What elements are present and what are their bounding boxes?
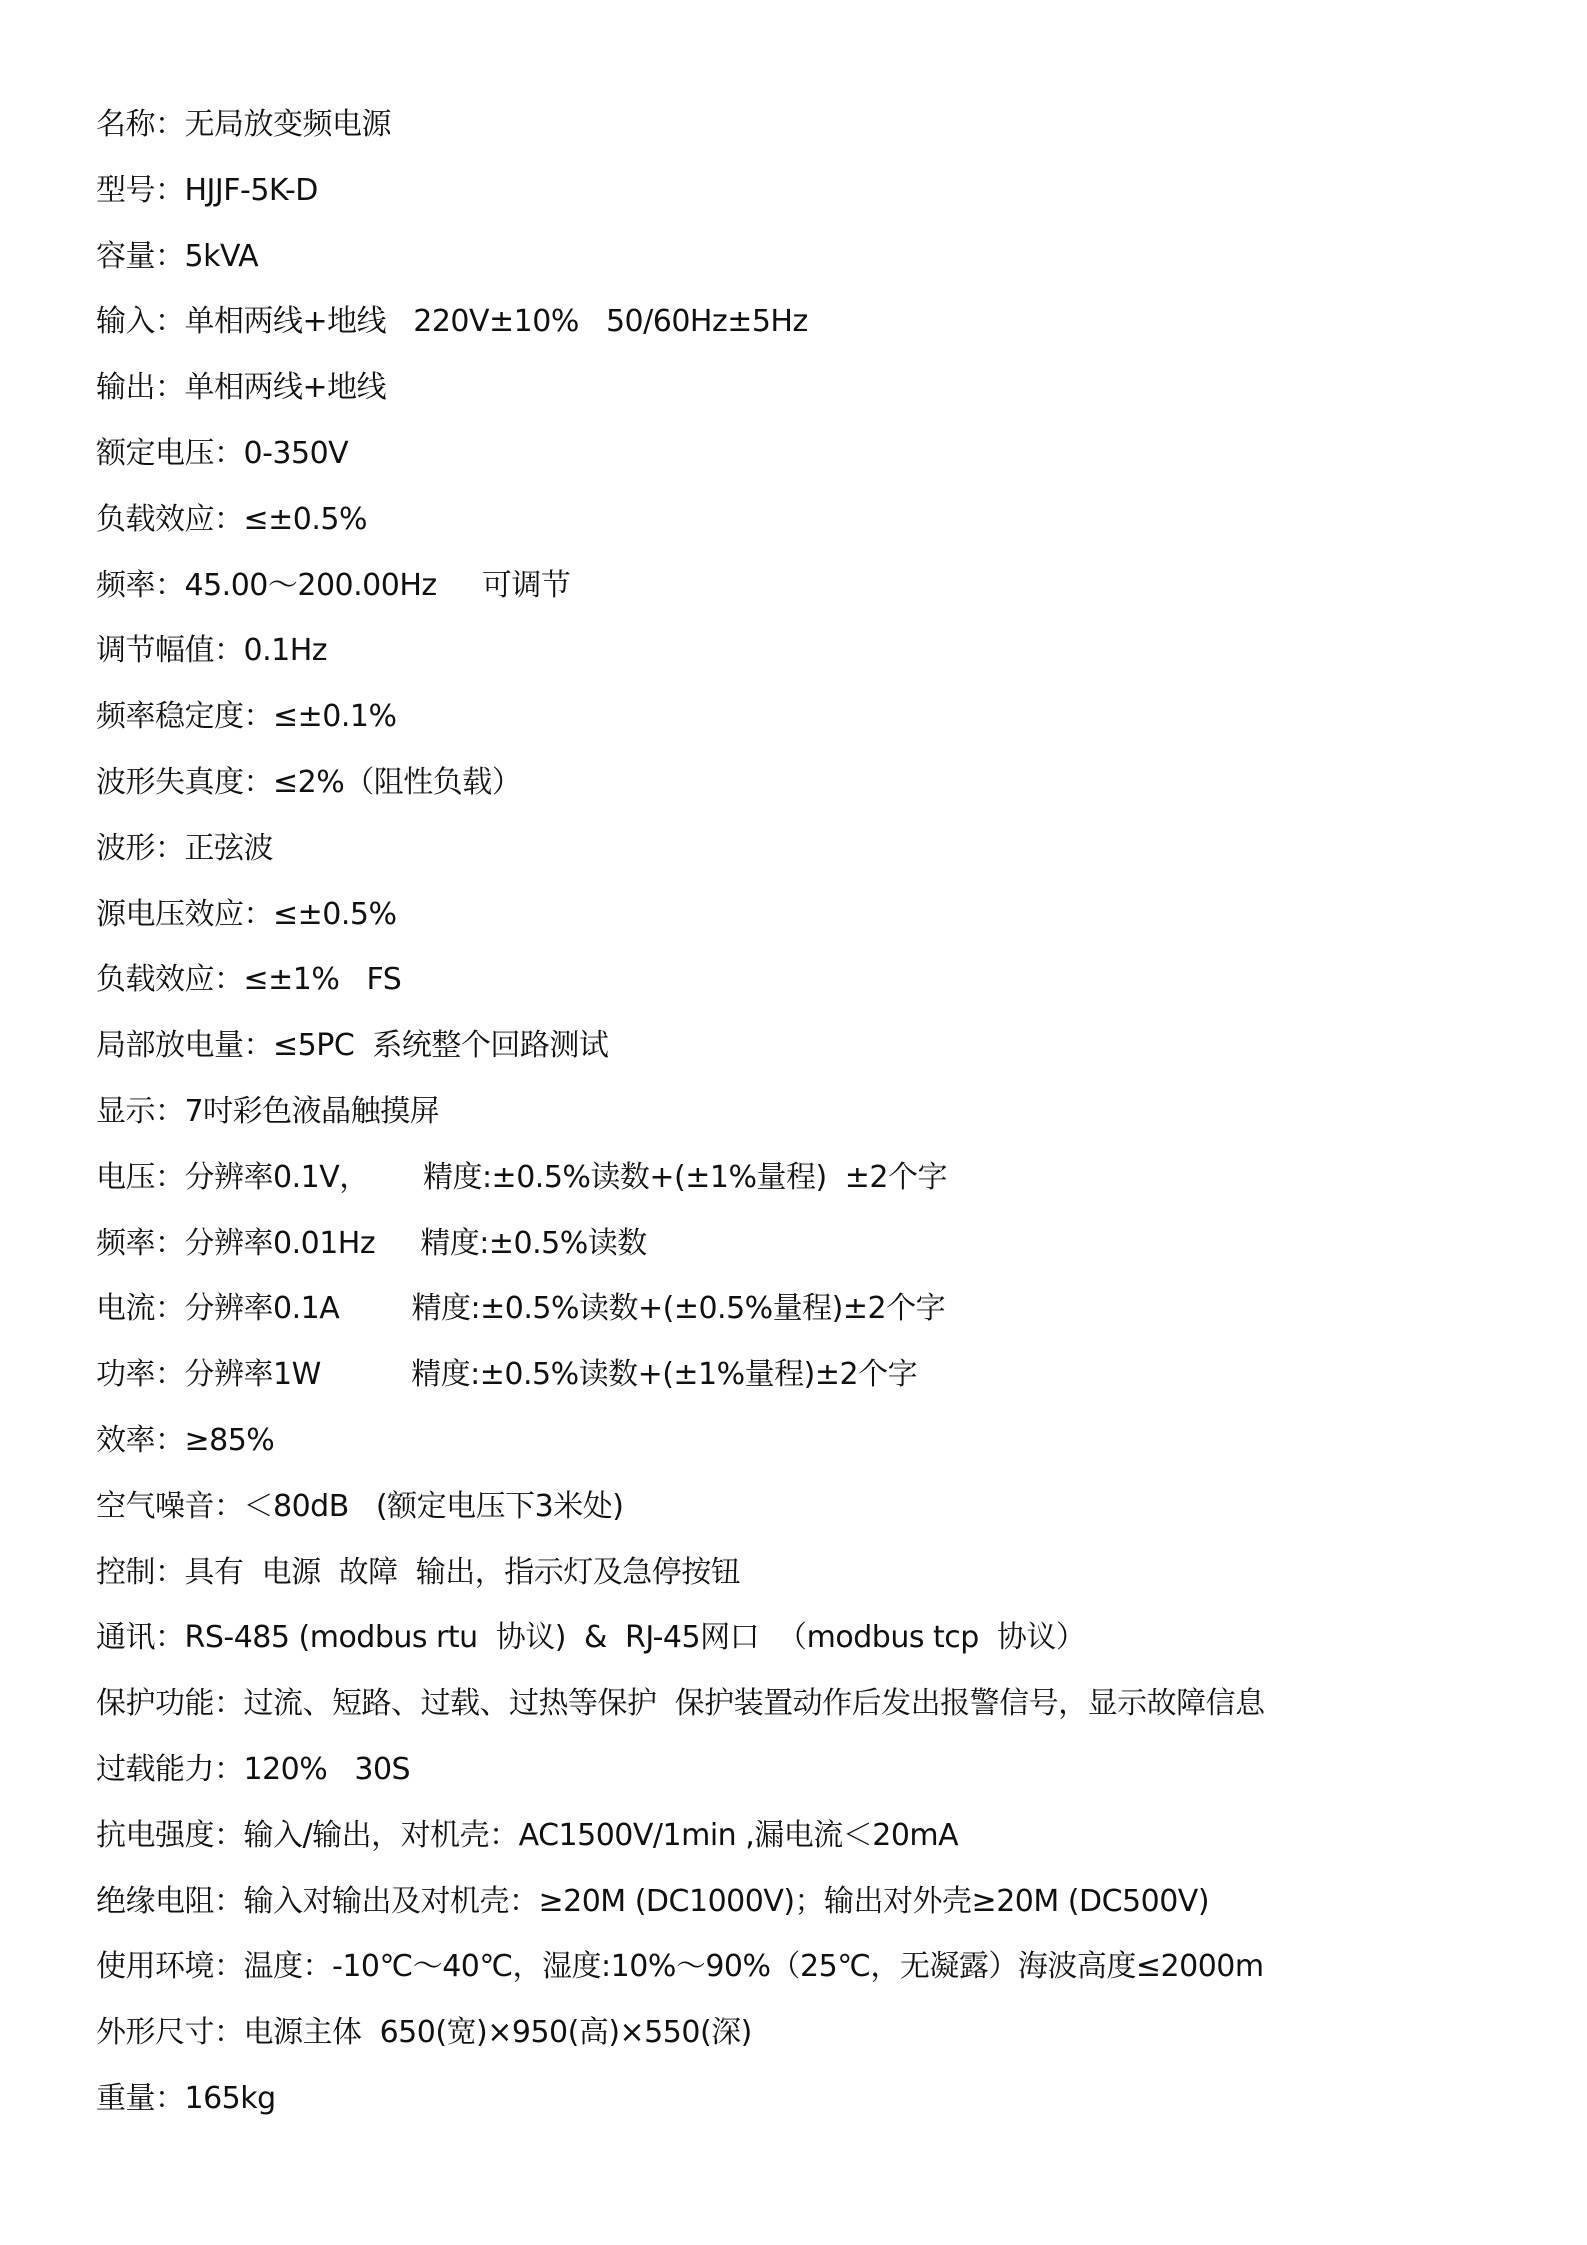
spec-adjust-step: 调节幅值：0.1Hz <box>96 628 1516 694</box>
spec-value: HJJF-5K-D <box>185 173 318 208</box>
spec-label: 频率稳定度： <box>96 699 273 734</box>
spec-label: 电压： <box>96 1160 185 1195</box>
spec-dimensions: 外形尺寸：电源主体 650(宽)×950(高)×550(深) <box>96 2010 1516 2076</box>
spec-current-measure: 电流：分辨率0.1A 精度:±0.5%读数+(±0.5%量程)±2个字 <box>96 1286 1516 1352</box>
spec-value: 5kVA <box>185 239 259 274</box>
spec-value: 7吋彩色液晶触摸屏 <box>185 1094 440 1129</box>
spec-load-effect: 负载效应：≤±0.5% <box>96 497 1516 563</box>
spec-model: 型号：HJJF-5K-D <box>96 168 1516 234</box>
spec-frequency: 频率：45.00～200.00Hz 可调节 <box>96 563 1516 629</box>
spec-efficiency: 效率：≥85% <box>96 1418 1516 1484</box>
spec-label: 重量： <box>96 2081 185 2116</box>
spec-label: 输出： <box>96 370 185 405</box>
spec-value: 0.1Hz <box>244 633 328 668</box>
spec-value: 单相两线+地线 <box>185 370 387 405</box>
spec-value: ≤2%（阻性负载） <box>273 765 521 800</box>
spec-noise: 空气噪音：＜80dB (额定电压下3米处) <box>96 1484 1516 1550</box>
spec-label: 电流： <box>96 1291 185 1326</box>
spec-frequency-measure: 频率：分辨率0.01Hz 精度:±0.5%读数 <box>96 1221 1516 1287</box>
spec-label: 波形失真度： <box>96 765 273 800</box>
spec-label: 源电压效应： <box>96 897 273 932</box>
spec-display: 显示：7吋彩色液晶触摸屏 <box>96 1089 1516 1155</box>
spec-value: RS-485 (modbus rtu 协议) & RJ-45网口 （modbus… <box>185 1620 1086 1655</box>
spec-label: 负载效应： <box>96 962 244 997</box>
spec-name: 名称：无局放变频电源 <box>96 102 1516 168</box>
spec-waveform-distortion: 波形失真度：≤2%（阻性负载） <box>96 760 1516 826</box>
spec-label: 过载能力： <box>96 1752 244 1787</box>
spec-environment: 使用环境：温度：-10℃～40℃，湿度:10%～90%（25℃，无凝露）海波高度… <box>96 1944 1516 2010</box>
spec-label: 型号： <box>96 173 185 208</box>
spec-value: 输入/输出，对机壳：AC1500V/1min ,漏电流＜20mA <box>244 1818 959 1853</box>
spec-label: 频率： <box>96 1226 185 1261</box>
spec-value: ≤±1% FS <box>244 962 402 997</box>
spec-source-voltage-effect: 源电压效应：≤±0.5% <box>96 892 1516 958</box>
spec-value: 无局放变频电源 <box>185 107 392 142</box>
spec-value: 165kg <box>185 2081 276 2116</box>
spec-value: 0-350V <box>244 436 349 471</box>
spec-capacity: 容量：5kVA <box>96 234 1516 300</box>
spec-value: ≤±0.1% <box>273 699 397 734</box>
spec-protection: 保护功能：过流、短路、过载、过热等保护 保护装置动作后发出报警信号，显示故障信息 <box>96 1681 1516 1747</box>
spec-partial-discharge: 局部放电量：≤5PC 系统整个回路测试 <box>96 1023 1516 1089</box>
spec-value: 过流、短路、过载、过热等保护 保护装置动作后发出报警信号，显示故障信息 <box>244 1686 1265 1721</box>
spec-load-effect-fs: 负载效应：≤±1% FS <box>96 957 1516 1023</box>
spec-label: 外形尺寸： <box>96 2015 244 2050</box>
spec-value: 输入对输出及对机壳：≥20M (DC1000V)；输出对外壳≥20M (DC50… <box>244 1884 1210 1919</box>
spec-value: 温度：-10℃～40℃，湿度:10%～90%（25℃，无凝露）海波高度≤2000… <box>244 1949 1264 1984</box>
spec-label: 保护功能： <box>96 1686 244 1721</box>
spec-label: 绝缘电阻： <box>96 1884 244 1919</box>
spec-value: ≤±0.5% <box>273 897 397 932</box>
spec-label: 波形： <box>96 831 185 866</box>
spec-label: 名称： <box>96 107 185 142</box>
spec-overload: 过载能力：120% 30S <box>96 1747 1516 1813</box>
spec-label: 通讯： <box>96 1620 185 1655</box>
spec-dielectric-strength: 抗电强度：输入/输出，对机壳：AC1500V/1min ,漏电流＜20mA <box>96 1813 1516 1879</box>
spec-value: 分辨率0.1A 精度:±0.5%读数+(±0.5%量程)±2个字 <box>185 1291 946 1326</box>
spec-label: 额定电压： <box>96 436 244 471</box>
spec-rated-voltage: 额定电压：0-350V <box>96 431 1516 497</box>
spec-value: ≥85% <box>185 1423 275 1458</box>
spec-label: 使用环境： <box>96 1949 244 1984</box>
spec-value: 分辨率0.1V， 精度:±0.5%读数+(±1%量程) ±2个字 <box>185 1160 947 1195</box>
spec-label: 显示： <box>96 1094 185 1129</box>
spec-label: 负载效应： <box>96 502 244 537</box>
spec-value: 电源主体 650(宽)×950(高)×550(深) <box>244 2015 752 2050</box>
spec-label: 局部放电量： <box>96 1028 273 1063</box>
spec-value: ＜80dB (额定电压下3米处) <box>244 1489 624 1524</box>
spec-label: 抗电强度： <box>96 1818 244 1853</box>
spec-value: 45.00～200.00Hz 可调节 <box>185 568 571 603</box>
spec-weight: 重量：165kg <box>96 2076 1516 2142</box>
spec-sheet: 名称：无局放变频电源 型号：HJJF-5K-D 容量：5kVA 输入：单相两线+… <box>96 102 1516 2142</box>
spec-value: 单相两线+地线 220V±10% 50/60Hz±5Hz <box>185 304 808 339</box>
spec-power-measure: 功率：分辨率1W 精度:±0.5%读数+(±1%量程)±2个字 <box>96 1352 1516 1418</box>
spec-frequency-stability: 频率稳定度：≤±0.1% <box>96 694 1516 760</box>
spec-label: 输入： <box>96 304 185 339</box>
spec-control: 控制：具有 电源 故障 输出，指示灯及急停按钮 <box>96 1550 1516 1616</box>
spec-voltage-measure: 电压：分辨率0.1V， 精度:±0.5%读数+(±1%量程) ±2个字 <box>96 1155 1516 1221</box>
spec-value: 具有 电源 故障 输出，指示灯及急停按钮 <box>185 1555 741 1590</box>
spec-value: 120% 30S <box>244 1752 411 1787</box>
spec-value: ≤±0.5% <box>244 502 368 537</box>
spec-value: 分辨率0.01Hz 精度:±0.5%读数 <box>185 1226 647 1261</box>
spec-label: 频率： <box>96 568 185 603</box>
spec-label: 功率： <box>96 1357 185 1392</box>
spec-input: 输入：单相两线+地线 220V±10% 50/60Hz±5Hz <box>96 299 1516 365</box>
spec-value: 正弦波 <box>185 831 274 866</box>
spec-output: 输出：单相两线+地线 <box>96 365 1516 431</box>
spec-label: 效率： <box>96 1423 185 1458</box>
spec-label: 调节幅值： <box>96 633 244 668</box>
spec-value: ≤5PC 系统整个回路测试 <box>273 1028 608 1063</box>
spec-label: 控制： <box>96 1555 185 1590</box>
spec-insulation-resistance: 绝缘电阻：输入对输出及对机壳：≥20M (DC1000V)；输出对外壳≥20M … <box>96 1879 1516 1945</box>
spec-label: 容量： <box>96 239 185 274</box>
spec-value: 分辨率1W 精度:±0.5%读数+(±1%量程)±2个字 <box>185 1357 918 1392</box>
spec-label: 空气噪音： <box>96 1489 244 1524</box>
spec-communication: 通讯：RS-485 (modbus rtu 协议) & RJ-45网口 （mod… <box>96 1615 1516 1681</box>
spec-waveform: 波形：正弦波 <box>96 826 1516 892</box>
